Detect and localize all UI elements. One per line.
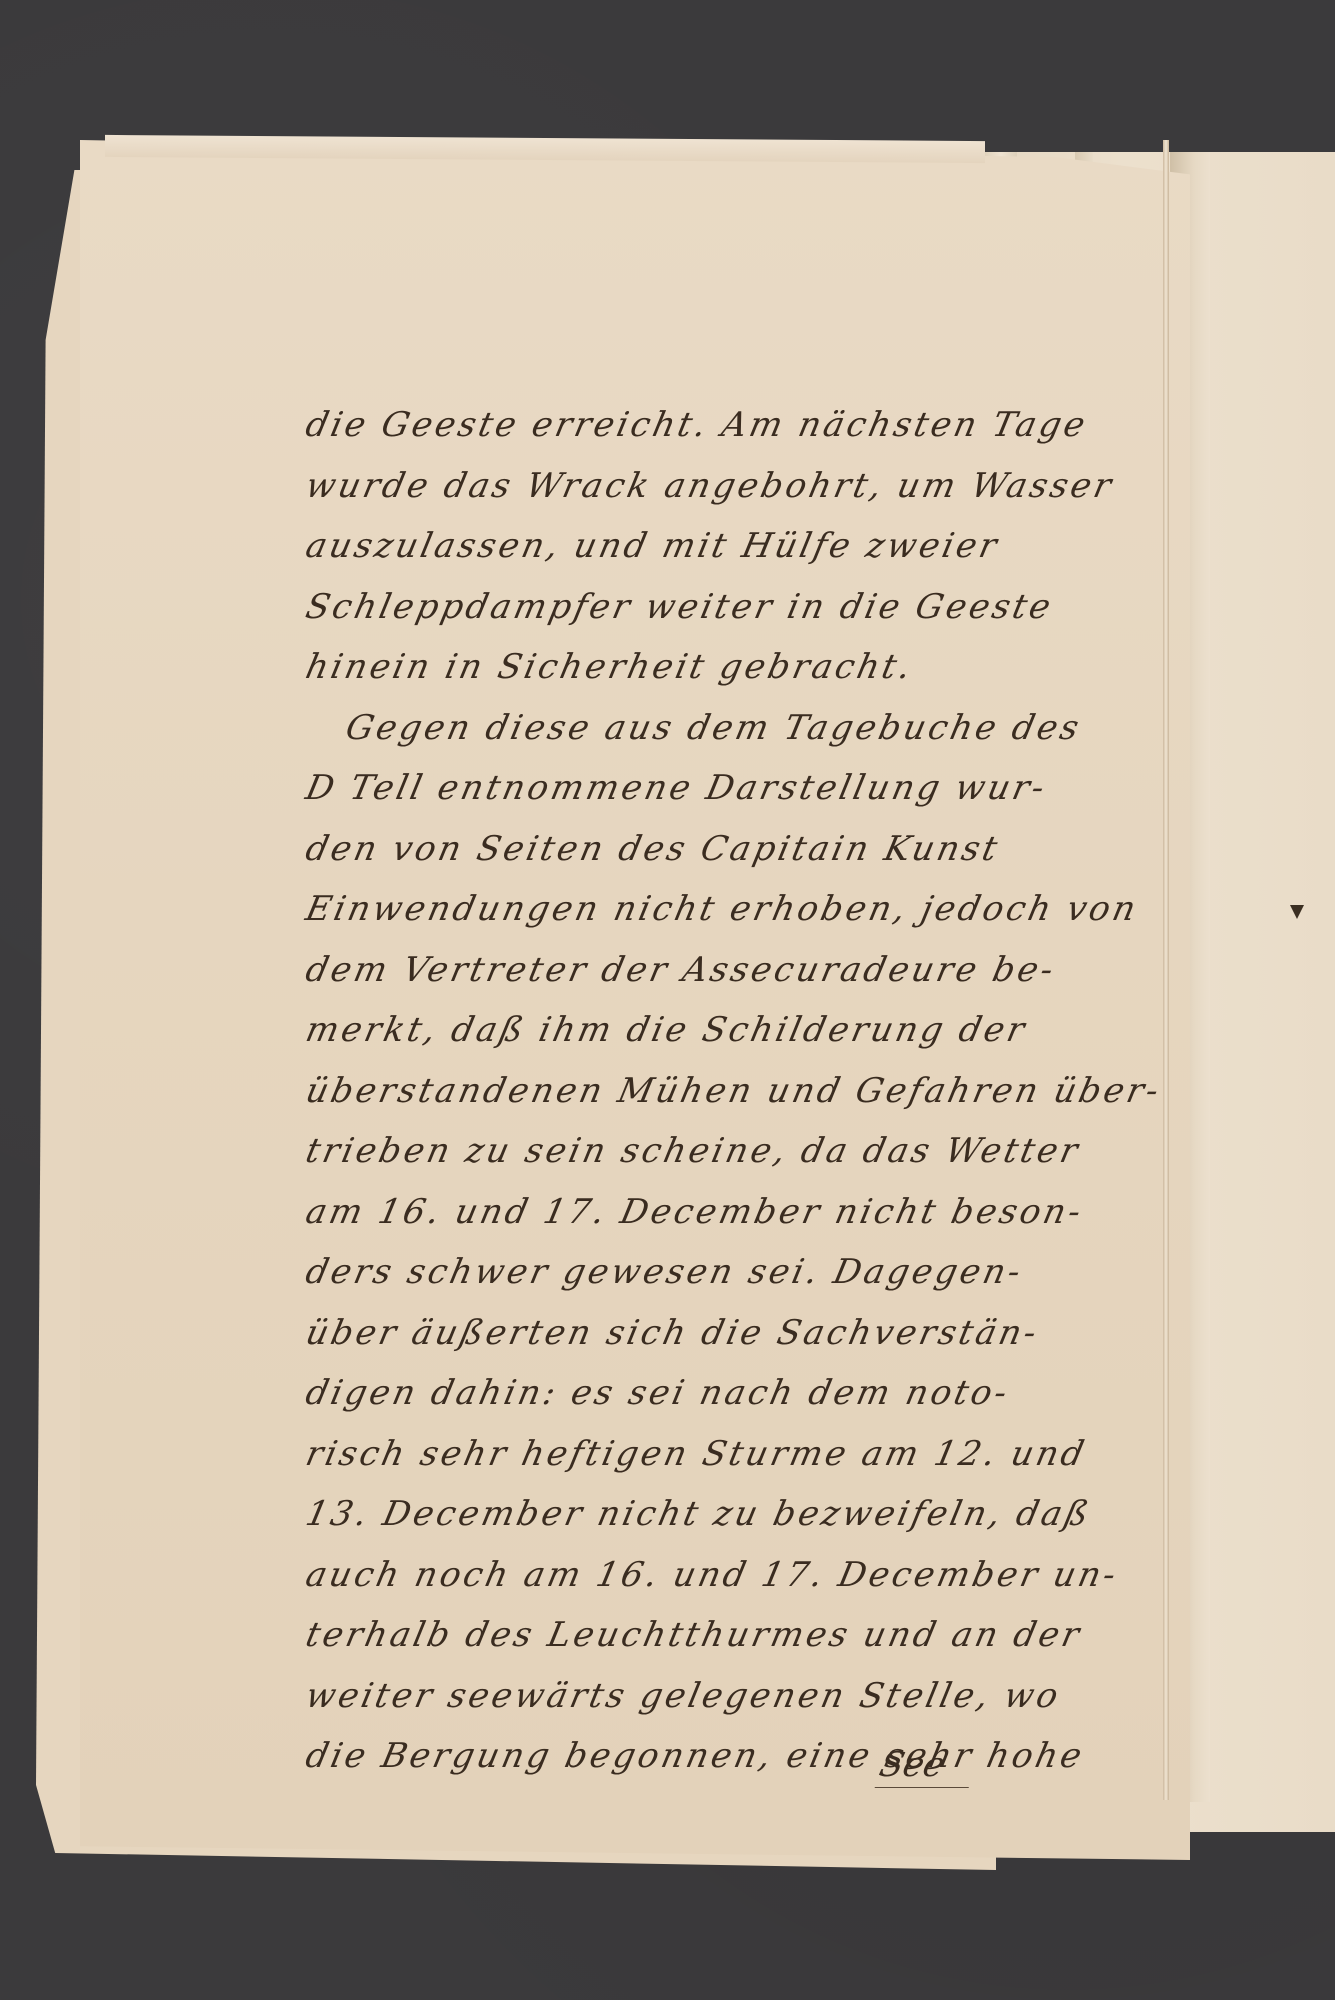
text-line: wurde das Wrack angebohrt, um Wasser bbox=[300, 456, 1183, 517]
handwritten-text-block: die Geeste erreicht. Am nächsten Tage wu… bbox=[300, 395, 1170, 1787]
text-line: 13. December nicht zu bezweifeln, daß bbox=[300, 1484, 1183, 1545]
text-line: über äußerten sich die Sachverstän- bbox=[300, 1303, 1183, 1364]
text-line: am 16. und 17. December nicht beson- bbox=[300, 1182, 1183, 1243]
text-line: terhalb des Leuchtthurmes und an der bbox=[300, 1605, 1183, 1666]
text-line: ders schwer gewesen sei. Dagegen- bbox=[300, 1242, 1183, 1303]
text-line: die Bergung begonnen, eine sehr hohe bbox=[300, 1726, 1183, 1787]
text-line: trieben zu sein scheine, da das Wetter bbox=[300, 1121, 1183, 1182]
text-line: dem Vertreter der Assecuradeure be- bbox=[300, 940, 1183, 1001]
paper-damage-hole bbox=[1290, 905, 1304, 919]
text-line: risch sehr heftigen Sturme am 12. und bbox=[300, 1424, 1183, 1485]
text-line: Schleppdampfer weiter in die Geeste bbox=[300, 577, 1183, 638]
text-line: die Geeste erreicht. Am nächsten Tage bbox=[300, 395, 1183, 456]
text-line: überstandenen Mühen und Gefahren über- bbox=[300, 1061, 1183, 1122]
text-line: hinein in Sicherheit gebracht. bbox=[300, 637, 1183, 698]
text-line: weiter seewärts gelegenen Stelle, wo bbox=[300, 1666, 1183, 1727]
paragraph-start-line: Gegen diese aus dem Tagebuche des bbox=[300, 698, 1183, 759]
text-line: merkt, daß ihm die Schilderung der bbox=[300, 1000, 1183, 1061]
text-line: digen dahin: es sei nach dem noto- bbox=[300, 1363, 1183, 1424]
text-line: den von Seiten des Capitain Kunst bbox=[300, 819, 1183, 880]
catchword: See bbox=[875, 1745, 979, 1788]
text-line: auch noch am 16. und 17. December un- bbox=[300, 1545, 1183, 1606]
text-line: auszulassen, und mit Hülfe zweier bbox=[300, 516, 1183, 577]
text-line: Einwendungen nicht erhoben, jedoch von bbox=[300, 879, 1183, 940]
text-line: D Tell entnommene Darstellung wur- bbox=[300, 758, 1183, 819]
